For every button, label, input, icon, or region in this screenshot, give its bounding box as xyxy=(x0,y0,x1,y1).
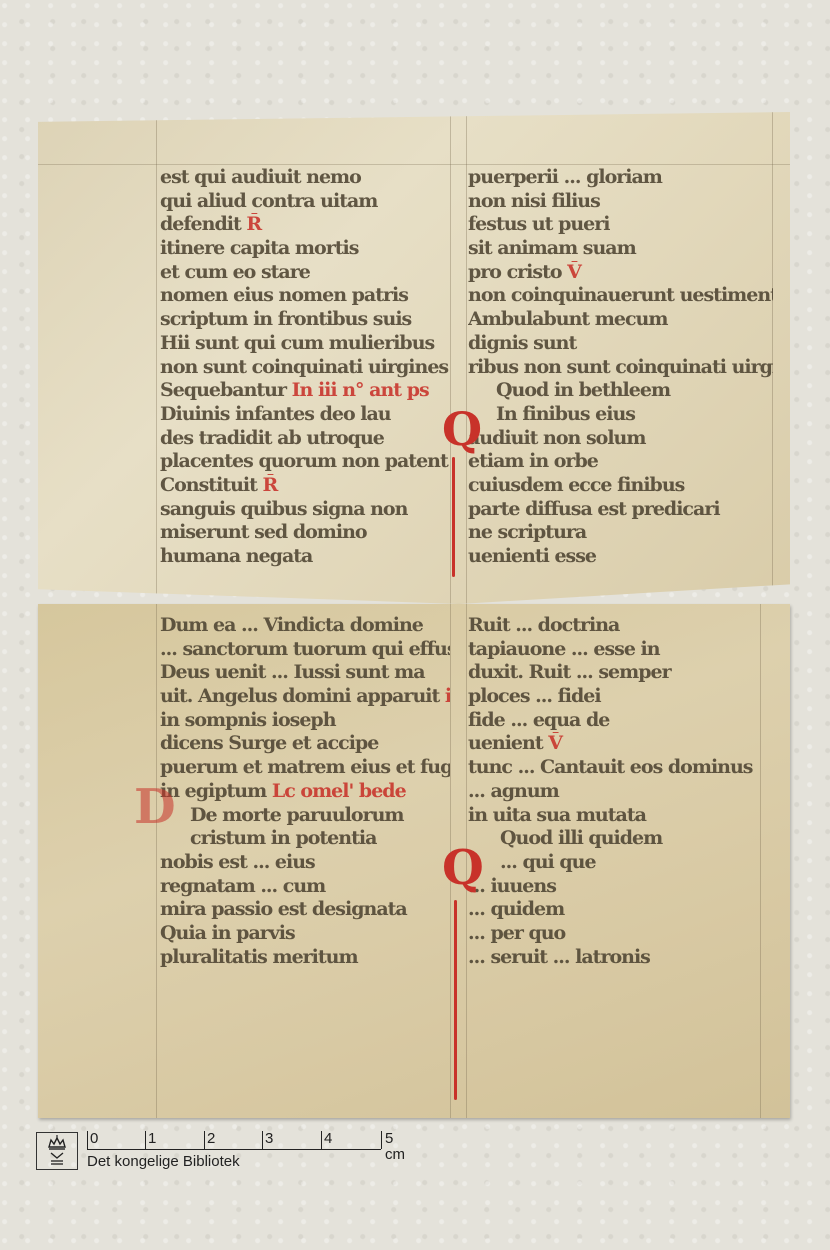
text-line: ... seruit ... latronis xyxy=(468,946,768,970)
rubric: V̄ xyxy=(567,261,581,283)
red-initial: Q xyxy=(442,402,482,456)
text-line: in uita sua mutata xyxy=(468,804,768,828)
text-line: Quod in bethleem xyxy=(468,379,773,403)
homily-rubric: omel' bede xyxy=(300,780,405,802)
text-line: audiuit non solum xyxy=(468,427,773,451)
text-line: fide ... equa de xyxy=(468,709,768,733)
text-line: Ruit ... doctrina xyxy=(468,614,768,638)
manuscript-fragment-bottom: Dum ea ... Vindicta domine ... sanctorum… xyxy=(38,604,790,1118)
text-line: dicens Surge et accipe xyxy=(160,732,450,756)
text-line: nomen eius nomen patris xyxy=(160,284,450,308)
text-line: In finibus eius xyxy=(468,403,773,427)
text-line: non coinquinauerunt uestimenta sua xyxy=(468,284,773,308)
scale-ticks: 0 1 2 3 4 xyxy=(87,1129,381,1150)
text-line: festus ut pueri xyxy=(468,213,773,237)
text-line: non nisi filius xyxy=(468,190,773,214)
text-line: ... iuuens xyxy=(468,875,768,899)
left-text-column: Dum ea ... Vindicta domine ... sanctorum… xyxy=(160,614,450,969)
text-line: puerum et matrem eius et fuge xyxy=(160,756,450,780)
ruling-line xyxy=(156,604,157,1118)
scale-unit-label: 5 cm xyxy=(381,1131,405,1149)
rubric: iij xyxy=(445,685,450,707)
text-line: qui aliud contra uitam xyxy=(160,190,450,214)
text-line: uit. Angelus domini apparuit iij xyxy=(160,685,450,709)
scale-tick: 3 xyxy=(262,1131,273,1149)
text-line: ... per quo xyxy=(468,922,768,946)
text-line: Quod illi quidem xyxy=(468,827,768,851)
text-line: ... agnum xyxy=(468,780,768,804)
scale-tick: 2 xyxy=(204,1131,215,1149)
text-line: Quia in parvis xyxy=(160,922,450,946)
text-line: nobis est ... eius xyxy=(160,851,450,875)
text-line: des tradidit ab utroque xyxy=(160,427,450,451)
text-line: pro cristo V̄ xyxy=(468,261,773,285)
text-line: in egiptum Lc omel' bede xyxy=(160,780,450,804)
text-line: placentes quorum non patent xyxy=(160,450,450,474)
text-line: humana negata xyxy=(160,545,450,569)
text-line: puerperii ... gloriam xyxy=(468,166,773,190)
text-line: ribus non sunt coinquinati uirgines xyxy=(468,356,773,380)
rubric: V̄ xyxy=(548,732,562,754)
text-line: sanguis quibus signa non xyxy=(160,498,450,522)
text-line: Deus uenit ... Iussi sunt ma xyxy=(160,661,450,685)
right-text-column: Ruit ... doctrina tapiauone ... esse in … xyxy=(468,614,768,969)
text-line: pluralitatis meritum xyxy=(160,946,450,970)
text-line: ... qui que xyxy=(468,851,768,875)
text-line: sit animam suam xyxy=(468,237,773,261)
institution-name: Det kongelige Bibliotek xyxy=(87,1153,240,1170)
text-line: tunc ... Cantauit eos dominus xyxy=(468,756,768,780)
text-line: ploces ... fidei xyxy=(468,685,768,709)
text-line: uenienti esse xyxy=(468,545,773,569)
rubric: In iii n° ant xyxy=(292,379,401,401)
text-line: regnatam ... cum xyxy=(160,875,450,899)
text-line: scriptum in frontibus suis xyxy=(160,308,450,332)
text-line: Diuinis infantes deo lau xyxy=(160,403,450,427)
text-line: dignis sunt xyxy=(468,332,773,356)
rubric: ps xyxy=(407,379,429,401)
text-line: Hii sunt qui cum mulieribus xyxy=(160,332,450,356)
initial-flourish xyxy=(452,457,455,577)
text-line: Dum ea ... Vindicta domine xyxy=(160,614,450,638)
text-line: non sunt coinquinati uirgines xyxy=(160,356,450,380)
text-line: est qui audiuit nemo xyxy=(160,166,450,190)
right-text-column: puerperii ... gloriam non nisi filius fe… xyxy=(468,166,773,569)
scale-tick: 1 xyxy=(145,1131,156,1149)
text-line: cuiusdem ecce finibus xyxy=(468,474,773,498)
text-line: defendit R̄ xyxy=(160,213,450,237)
text-line: miserunt sed domino xyxy=(160,521,450,545)
ruling-line xyxy=(156,112,157,604)
text-line: parte diffusa est predicari xyxy=(468,498,773,522)
rubric: R̄ xyxy=(263,474,278,496)
scale-tick: 4 xyxy=(321,1131,332,1149)
manuscript-fragment-top: est qui audiuit nemo qui aliud contra ui… xyxy=(38,112,790,604)
library-logo xyxy=(36,1132,78,1170)
text-line: De morte paruulorum xyxy=(160,804,450,828)
text-line: mira passio est designata xyxy=(160,898,450,922)
scale-tick: 0 xyxy=(87,1131,98,1149)
text-line: et cum eo stare xyxy=(160,261,450,285)
text-line: Sequebantur In iii n° ant ps xyxy=(160,379,450,403)
text-line: uenient V̄ xyxy=(468,732,768,756)
left-text-column: est qui audiuit nemo qui aliud contra ui… xyxy=(160,166,450,569)
text-line: Constituit R̄ xyxy=(160,474,450,498)
text-line: ... quidem xyxy=(468,898,768,922)
ruling-line xyxy=(38,164,790,165)
red-initial: Q xyxy=(442,840,484,896)
initial-flourish xyxy=(454,900,457,1100)
text-line: ne scriptura xyxy=(468,521,773,545)
text-line: in sompnis ioseph xyxy=(160,709,450,733)
faded-red-initial: D xyxy=(134,779,176,835)
text-line: ... sanctorum tuorum qui effusus est xyxy=(160,638,450,662)
ruling-line xyxy=(450,112,451,604)
text-line: cristum in potentia xyxy=(160,827,450,851)
text-line: itinere capita mortis xyxy=(160,237,450,261)
text-line: etiam in orbe xyxy=(468,450,773,474)
text-line: duxit. Ruit ... semper xyxy=(468,661,768,685)
text-line: tapiauone ... esse in xyxy=(468,638,768,662)
rubric: Lc xyxy=(272,780,295,802)
crown-icon xyxy=(37,1133,77,1169)
text-line: Ambulabunt mecum xyxy=(468,308,773,332)
rubric: R̄ xyxy=(246,213,261,235)
ruling-line xyxy=(466,112,467,604)
